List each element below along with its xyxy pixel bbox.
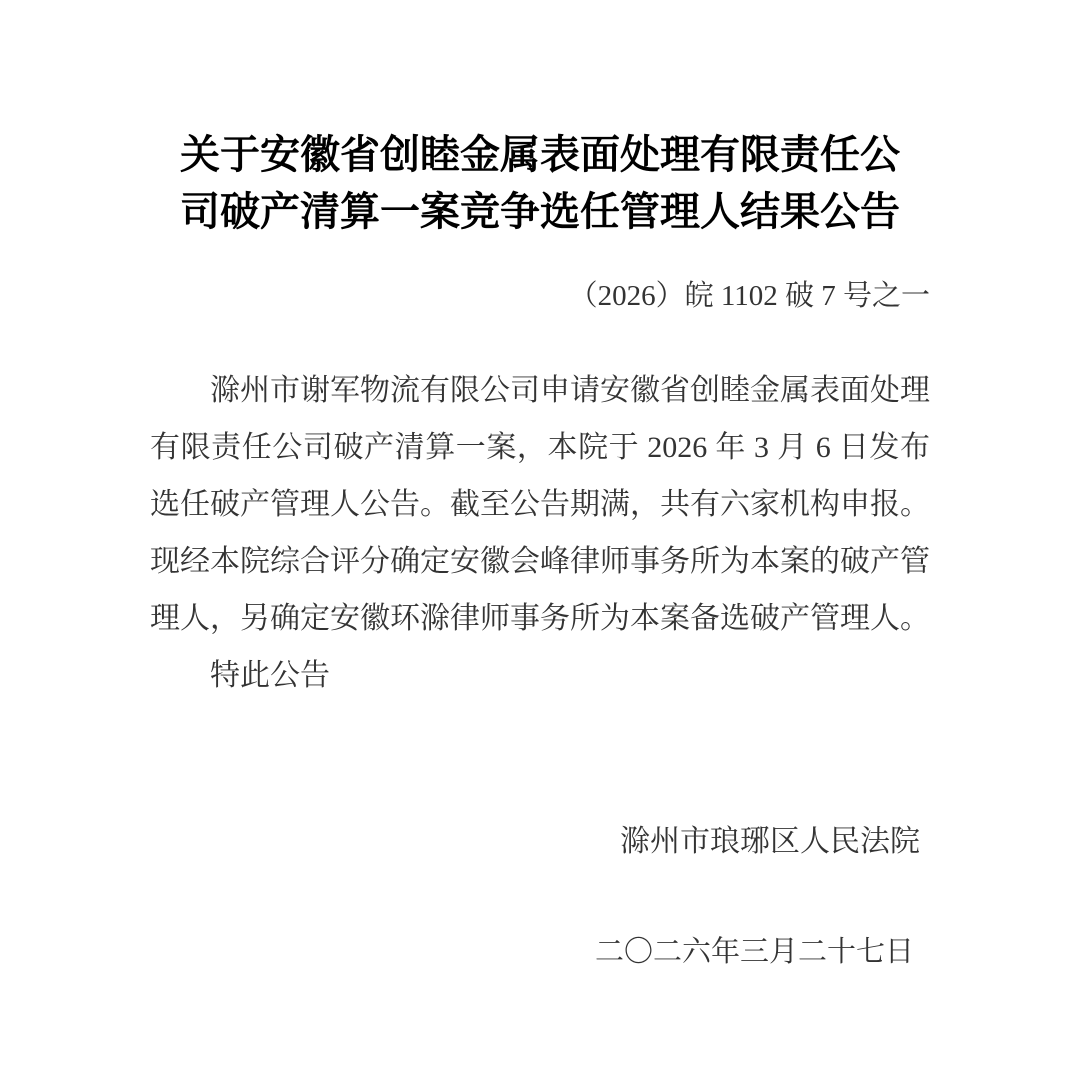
document-page: 关于安徽省创睦金属表面处理有限责任公司破产清算一案竞争选任管理人结果公告 （20… (150, 0, 930, 974)
court-name: 滁州市琅琊区人民法院 (150, 820, 930, 864)
issue-date: 二〇二六年三月二十七日 (150, 930, 930, 974)
closing-statement: 特此公告 (150, 647, 930, 704)
document-title: 关于安徽省创睦金属表面处理有限责任公司破产清算一案竞争选任管理人结果公告 (176, 126, 904, 240)
case-number: （2026）皖 1102 破 7 号之一 (150, 274, 930, 318)
body-paragraph: 滁州市谢军物流有限公司申请安徽省创睦金属表面处理有限责任公司破产清算一案，本院于… (150, 362, 930, 647)
